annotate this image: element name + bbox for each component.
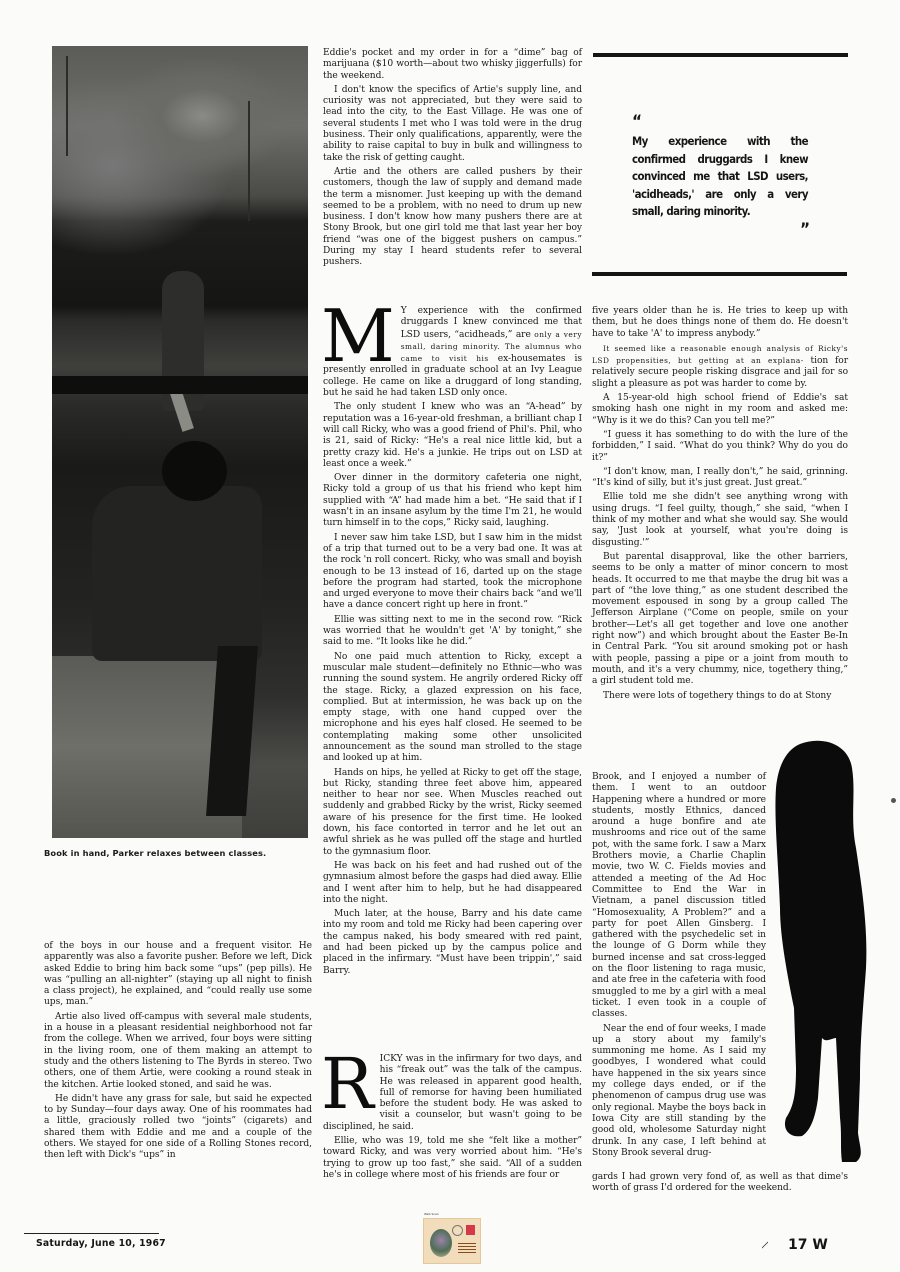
paragraph: “I don't know, man, I really don't,” he … (592, 467, 848, 490)
column-left-bottom: of the boys in our house and a frequent … (44, 941, 312, 1165)
paragraph: The only student I knew who was an “A-he… (323, 402, 582, 470)
column-middle-top: Eddie's pocket and my order in for a “di… (323, 48, 582, 272)
paragraph: Over dinner in the dormitory cafeteria o… (323, 473, 582, 529)
paragraph: There were lots of togethery things to d… (592, 691, 848, 702)
close-quote-mark: ” (632, 223, 808, 237)
paragraph: Hands on hips, he yelled at Ricky to get… (323, 768, 582, 858)
stamp-label: Web Scan (424, 1212, 439, 1216)
margin-mark (891, 798, 896, 803)
seated-figure-head (162, 441, 227, 501)
pullquote-top-rule (593, 53, 848, 57)
silhouette-figure-image (760, 738, 870, 1168)
column-right-final: gards I had grown very fond of, as well … (592, 1172, 848, 1198)
ledge-shadow (52, 376, 308, 394)
footer-rule (24, 1233, 159, 1234)
paragraph: “I guess it has something to do with the… (592, 430, 848, 464)
paragraph: Ellie was sitting next to me in the seco… (323, 615, 582, 649)
paragraph: I never saw him take LSD, but I saw him … (323, 533, 582, 612)
seated-figure-body (92, 486, 262, 661)
paragraph: It seemed like a reasonable enough analy… (592, 343, 848, 390)
postage-stamp-icon (466, 1225, 475, 1235)
column-middle-section-one: M Y experience with the confirmed drugga… (323, 306, 582, 980)
stamp-text-lines (458, 1243, 476, 1253)
tree-shape (66, 56, 68, 156)
paragraph: Eddie's pocket and my order in for a “di… (323, 48, 582, 82)
paragraph: Artie also lived off-campus with several… (44, 1012, 312, 1091)
stamp-portrait (430, 1229, 452, 1257)
footer-date: Saturday, June 10, 1967 (36, 1238, 166, 1249)
postmark-icon (452, 1225, 463, 1236)
drop-cap-r: R (321, 1056, 374, 1112)
archive-stamp-image (423, 1218, 481, 1264)
paragraph: He was back on his feet and had rushed o… (323, 861, 582, 906)
pull-quote: “ My experience with the confirmed drugg… (632, 115, 808, 237)
paragraph: I don't know the specifics of Artie's su… (323, 85, 582, 164)
paragraph: Ellie, who was 19, told me she “felt lik… (323, 1136, 582, 1181)
column-right-top: five years older than he is. He tries to… (592, 306, 848, 705)
paragraph: But parental disapproval, like the other… (592, 552, 848, 688)
column-middle-section-two: R ICKY was in the infirmary for two days… (323, 1054, 582, 1184)
paragraph: Brook, and I enjoyed a number of them. I… (592, 772, 766, 1021)
paragraph: Much later, at the house, Barry and his … (323, 909, 582, 977)
paragraph: No one paid much attention to Ricky, exc… (323, 652, 582, 765)
open-quote-mark: “ (632, 115, 808, 129)
drop-cap-m: M (321, 308, 395, 364)
pull-quote-text: My experience with the confirmed druggar… (632, 134, 808, 218)
pullquote-bottom-rule (592, 272, 847, 276)
photo-caption: Book in hand, Parker relaxes between cla… (44, 848, 314, 858)
paragraph: gards I had grown very fond of, as well … (592, 1172, 848, 1195)
paragraph: Near the end of four weeks, I made up a … (592, 1024, 766, 1160)
paragraph: of the boys in our house and a frequent … (44, 941, 312, 1009)
paragraph: A 15-year-old high school friend of Eddi… (592, 393, 848, 427)
paragraph: He didn't have any grass for sale, but s… (44, 1094, 312, 1162)
page-number: 17 W (788, 1237, 828, 1253)
paragraph: five years older than he is. He tries to… (592, 306, 848, 340)
tree-shape (248, 101, 250, 221)
footer-slash-mark (762, 1238, 768, 1252)
column-right-wrap: Brook, and I enjoyed a number of them. I… (592, 772, 766, 1162)
paragraph: Ellie told me she didn't see anything wr… (592, 492, 848, 548)
photo-student-on-ledge (52, 46, 308, 838)
paragraph: Artie and the others are called pushers … (323, 167, 582, 269)
